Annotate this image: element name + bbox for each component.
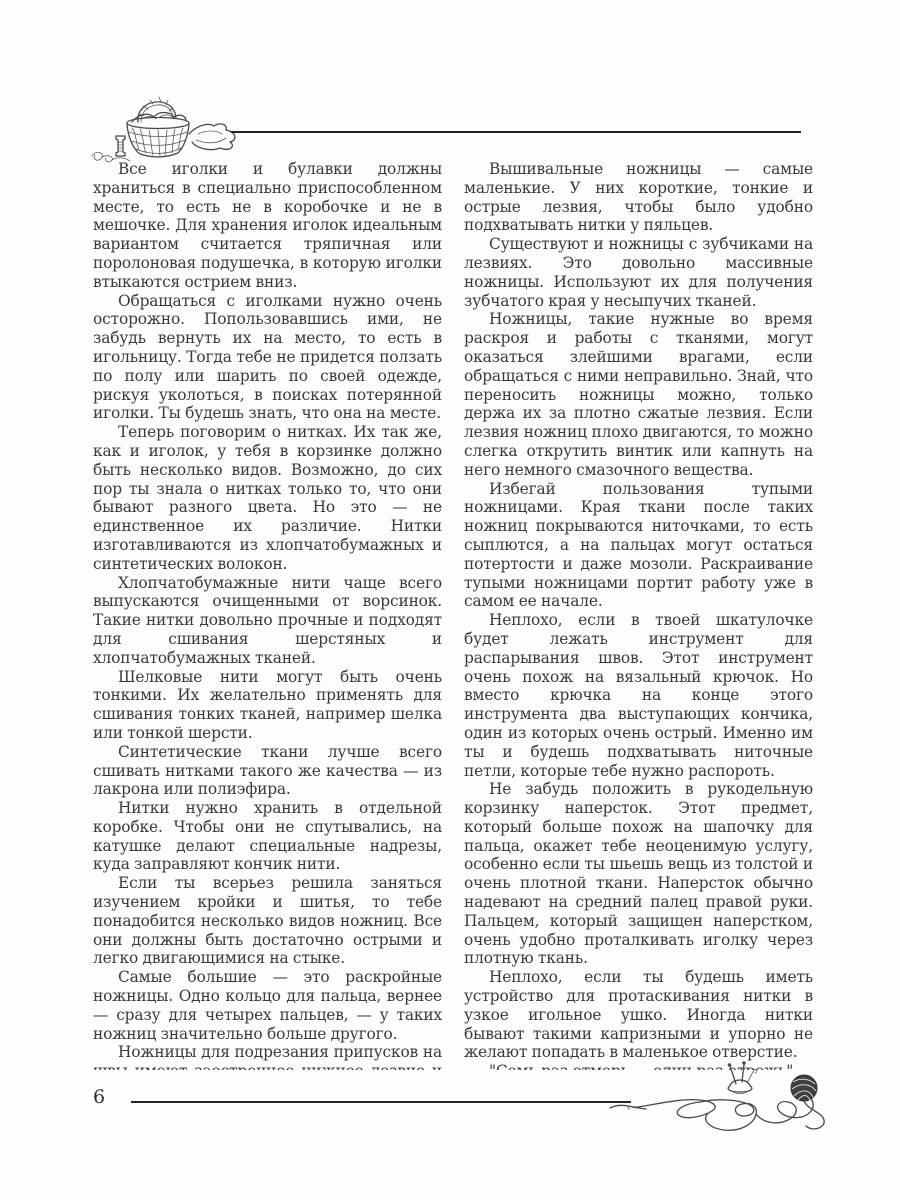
paragraph: Не забудь положить в рукодельную корзинк…: [464, 780, 813, 968]
book-page: Все иголки и булавки должны храниться в …: [0, 0, 900, 1200]
right-column: Вышивальные ножницы — самые маленькие. У…: [464, 160, 813, 1070]
page-number: 6: [93, 1086, 105, 1108]
paragraph: Ножницы, такие нужные во время раскроя и…: [464, 310, 813, 479]
paragraph: Все иголки и булавки должны храниться в …: [93, 160, 442, 292]
left-column: Все иголки и булавки должны храниться в …: [93, 160, 442, 1070]
paragraph: Хлопчатобумажные нити чаще всего выпуска…: [93, 574, 442, 668]
paragraph: Обращаться с иголками нужно очень осторо…: [93, 292, 442, 424]
paragraph: Если ты всерьез решила заняться изучение…: [93, 874, 442, 968]
paragraph: Шелковые нити могут быть очень тонкими. …: [93, 668, 442, 743]
paragraph: Избегай пользования тупыми ножницами. Кр…: [464, 480, 813, 612]
paragraph: Неплохо, если в твоей шкатулочке будет л…: [464, 611, 813, 780]
paragraph: Неплохо, если ты будешь иметь устройство…: [464, 968, 813, 1062]
footer-rule: [131, 1101, 631, 1103]
paragraph: Ножницы для подрезания припусков на швы …: [93, 1043, 442, 1070]
paragraph: Нитки нужно хранить в отдельной коробке.…: [93, 799, 442, 874]
paragraph: Синтетические ткани лучше всего сшивать …: [93, 743, 442, 799]
paragraph: Теперь поговорим о нитках. Их так же, ка…: [93, 423, 442, 573]
header-rule: [231, 131, 801, 133]
text-content: Все иголки и булавки должны храниться в …: [93, 160, 813, 1070]
paragraph: Вышивальные ножницы — самые маленькие. У…: [464, 160, 813, 235]
sewing-basket-icon: [86, 84, 246, 164]
thread-and-yarn-flourish-icon: [608, 1058, 828, 1150]
paragraph: Существуют и ножницы с зубчиками на лезв…: [464, 235, 813, 310]
paragraph: Самые большие — это раскройные ножницы. …: [93, 968, 442, 1043]
